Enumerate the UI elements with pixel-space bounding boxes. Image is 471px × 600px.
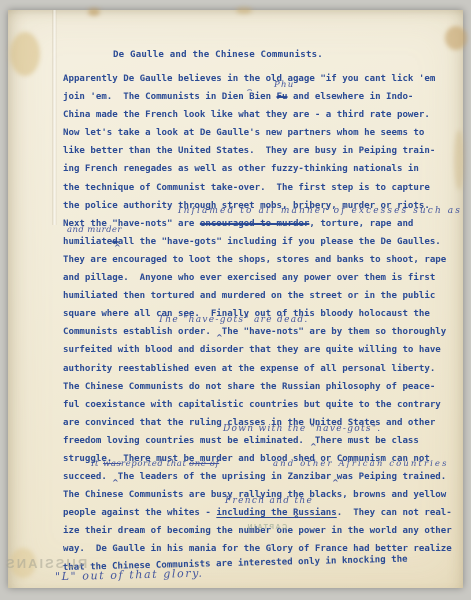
typed-line: surfeited with blood and disorder that t…: [63, 341, 452, 359]
typed-line: people against the whites - including th…: [63, 504, 452, 522]
typed-text: all the "have-gots" including if you ple…: [118, 237, 441, 247]
typed-line: Apparently De Gaulle believes in the old…: [63, 70, 452, 88]
stain-mark: [88, 8, 100, 16]
typed-line: succeed. The leaders of the uprising in …: [63, 468, 452, 486]
typed-text: ing French renegades as well as other fu…: [63, 164, 419, 174]
handwritten-note: It: [91, 459, 99, 469]
typed-line: China made the French look like what the…: [63, 106, 452, 124]
typed-line: humiliated then tortured and murdered on…: [63, 287, 452, 305]
typed-text: encouraged to murder: [200, 219, 310, 229]
handwritten-note: French and the: [225, 496, 313, 506]
handwritten-note: was: [103, 459, 122, 469]
typed-line: The Chinese Communists do not share the …: [63, 378, 452, 396]
typed-text: Fu: [277, 92, 288, 102]
stain-mark: [10, 32, 40, 76]
typed-text: humiliated then tortured and murdered on…: [63, 291, 435, 301]
document-title: De Gaulle and the Chinese Communists.: [113, 50, 323, 60]
caret-mark: ^: [332, 479, 339, 487]
typed-text: freedom loving countries must be elimina…: [63, 436, 419, 446]
typed-text: The Chinese Communists do not share the …: [63, 382, 435, 392]
paper-crease: [52, 10, 57, 225]
typed-text: including the Russians: [216, 508, 336, 518]
handwritten-note: Down with the "have-gots".: [223, 424, 381, 434]
caret-mark: ^: [114, 244, 121, 252]
caret-mark: ⌢: [247, 86, 252, 94]
typed-text: ful coexistance with capitalistic countr…: [63, 400, 441, 410]
bleed-through-text: RUSSIANS: [4, 556, 87, 571]
typed-text: like better than the United States. They…: [63, 146, 435, 156]
typed-text: China made the French look like what the…: [63, 110, 430, 120]
typed-line: and pillage. Anyone who ever exercised a…: [63, 269, 452, 287]
stain-mark: [445, 26, 467, 50]
typed-text: surfeited with blood and disorder that t…: [63, 345, 441, 355]
typed-line: the technique of Communist take-over. Th…: [63, 179, 452, 197]
typed-text: humiliate: [63, 237, 112, 247]
document-page: De Gaulle and the Chinese Communists. Ap…: [8, 10, 463, 588]
typed-line: They are encouraged to loot the shops, s…: [63, 251, 452, 269]
typed-line: ful coexistance with capitalistic countr…: [63, 396, 452, 414]
typed-text: succeed. The leaders of the uprising in …: [63, 472, 446, 482]
caret-mark: ^: [216, 334, 223, 342]
typed-text: They are encouraged to loot the shops, s…: [63, 255, 446, 265]
bleed-through-text: CAPTAIN: [246, 524, 287, 531]
handwritten-note: Phu: [274, 80, 295, 90]
typed-text: . They can not real-: [337, 508, 452, 518]
typed-text: Communists establish order. The "have-no…: [63, 327, 446, 337]
caret-mark: ^: [112, 479, 119, 487]
typed-text: people against the whites -: [63, 508, 216, 518]
typed-line: Now let's take a look at De Gaulle's new…: [63, 124, 452, 142]
handwritten-note: and murder: [67, 225, 122, 235]
handwritten-note: reported that: [121, 459, 186, 469]
photo-backdrop: De Gaulle and the Chinese Communists. Ap…: [0, 0, 471, 600]
stain-mark: [236, 7, 252, 14]
typed-lines: Apparently De Gaulle believes in the old…: [63, 70, 452, 577]
typed-text: and elsewhere in Indo-: [287, 92, 413, 102]
typed-text: and pillage. Anyone who ever exercised a…: [63, 273, 435, 283]
typed-line: join 'em. The Communists in Dien Bien Fu…: [63, 88, 452, 106]
typed-text: the technique of Communist take-over. Th…: [63, 183, 430, 193]
caret-mark: ^: [293, 515, 300, 523]
handwritten-note: Inflamed to all manner of excesses such …: [178, 206, 462, 216]
typed-text: join 'em. The Communists in Dien Bien: [63, 92, 277, 102]
handwritten-note: and other African countries: [273, 459, 449, 469]
typed-text: authority reestablished even at the expe…: [63, 364, 435, 374]
typed-text: Apparently De Gaulle believes in the old…: [63, 74, 435, 84]
handwritten-note: The "have-gots" are dead.: [158, 315, 309, 325]
caret-mark: ^: [310, 443, 317, 451]
typed-line: humiliatedall the "have-gots" including …: [63, 233, 452, 251]
typed-line: like better than the United States. They…: [63, 142, 452, 160]
typed-line: Communists establish order. The "have-no…: [63, 323, 452, 341]
typed-text: Now let's take a look at De Gaulle's new…: [63, 128, 424, 138]
typed-text: , torture, rape and: [309, 219, 413, 229]
typed-line: authority reestablished even at the expe…: [63, 360, 452, 378]
stain-mark: [454, 130, 464, 190]
typed-line: freedom loving countries must be elimina…: [63, 432, 452, 450]
typed-line: ing French renegades as well as other fu…: [63, 160, 452, 178]
handwritten-note: one of: [189, 459, 219, 469]
